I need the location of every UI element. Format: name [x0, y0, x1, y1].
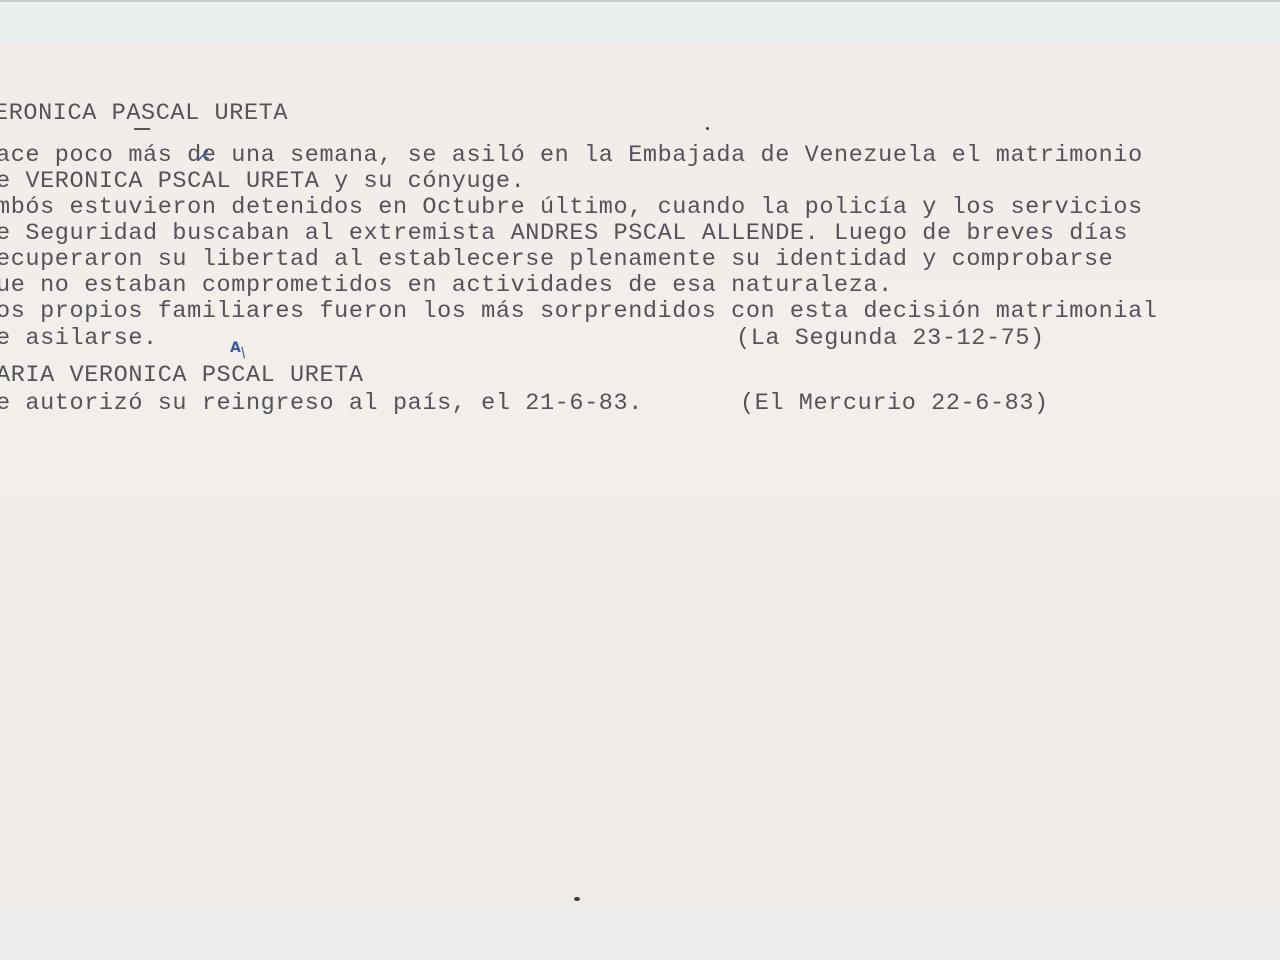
entry2-line: e autorizó su reingreso al país, el 21-6…	[0, 391, 643, 417]
handwritten-caret-mark-1: ⋌	[195, 147, 211, 165]
ink-speck	[706, 127, 709, 130]
entry1-line-2: e VERONICA PSCAL URETA y su cónyuge.	[0, 169, 525, 195]
entry1-line-7: os propios familiares fueron los más sor…	[0, 299, 1157, 325]
scanner-background-top	[0, 0, 1280, 43]
archive-card: ERONICA PASCAL URETA ace poco más de una…	[0, 43, 1280, 905]
entry2-source: (El Mercurio 22-6-83)	[740, 391, 1049, 417]
heading-underline-mark	[134, 128, 150, 130]
entry1-line-6: ue no estaban comprometidos en actividad…	[0, 273, 893, 299]
entry1-heading: ERONICA PASCAL URETA	[0, 101, 288, 127]
entry1-line-3: mbós estuvieron detenidos en Octubre últ…	[0, 195, 1143, 221]
entry1-line-1: ace poco más de una semana, se asiló en …	[0, 143, 1143, 169]
scanner-background-bottom	[0, 904, 1280, 960]
entry1-source: (La Segunda 23-12-75)	[736, 326, 1045, 352]
entry2-heading: ARIA VERONICA PSCAL URETA	[0, 363, 364, 389]
entry1-heading-text: ERONICA PASCAL URETA	[0, 100, 288, 127]
typed-text: ERONICA PASCAL URETA ace poco más de una…	[0, 43, 59, 511]
entry1-line-8: e asilarse.	[0, 326, 158, 352]
entry1-line-5: ecuperaron su libertad al establecerse p…	[0, 247, 1113, 273]
ink-speck	[574, 897, 580, 901]
entry1-line-4: e Seguridad buscaban al extremista ANDRE…	[0, 221, 1128, 247]
